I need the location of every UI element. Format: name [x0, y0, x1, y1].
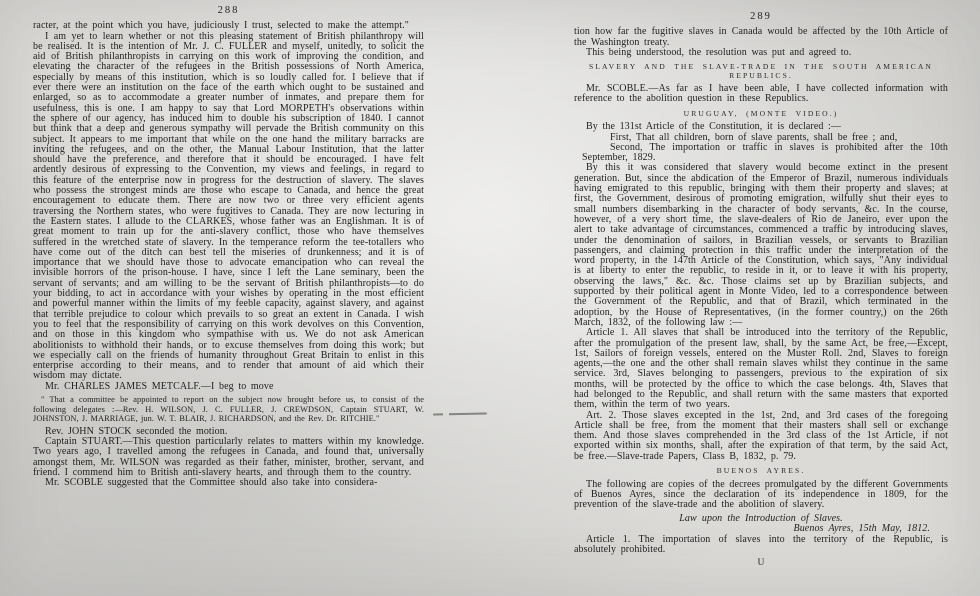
paragraph-scoble-suggestion: Mr. SCOBLE suggested that the Committee …	[33, 478, 424, 488]
ink-smudge-artifact	[433, 412, 487, 415]
paragraph-brazil-history: By this it was considered that slavery w…	[574, 163, 948, 328]
page-left: 288 racter, at the point which you have,…	[33, 6, 424, 489]
paragraph-scoble-information: Mr. SCOBLE.—As far as I have been able, …	[574, 84, 948, 105]
footnote-committee-resolution: " That a committee be appointed to repor…	[33, 395, 424, 423]
page-number-right: 289	[574, 12, 948, 22]
paragraph-law-article-2: Art. 2. Those slaves excepted in the 1st…	[574, 411, 948, 462]
paragraph-resolution-agreed: This being understood, the resolution wa…	[574, 48, 948, 58]
paragraph-metcalf-motion: Mr. CHARLES JAMES METCALF.—I beg to move	[33, 382, 424, 392]
paragraph-stuart-remarks: Captain STUART.—This question particular…	[33, 437, 424, 478]
section-heading-buenos-ayres: BUENOS AYRES.	[574, 467, 948, 476]
page-number-left: 288	[33, 6, 424, 16]
book-scan-spread: 288 racter, at the point which you have,…	[0, 0, 980, 596]
page-right: 289 tion how far the fugitive slaves in …	[574, 12, 948, 568]
printer-signature-mark: U	[574, 558, 948, 568]
paragraph-importation-prohibited: Article 1. The importation of slaves int…	[574, 535, 948, 556]
section-heading-slavery-south-american-republics: SLAVERY AND THE SLAVE-TRADE IN THE SOUTH…	[574, 63, 948, 80]
paragraph-law-article-1: Article 1. All slaves that shall be intr…	[574, 328, 948, 410]
paragraph-continuation-washington-treaty: tion how far the fugitive slaves in Cana…	[574, 27, 948, 48]
paragraph-wilson-speech: I am yet to learn whether or not this pl…	[33, 32, 424, 382]
section-heading-uruguay-monte-video: URUGUAY, (MONTE VIDEO.)	[574, 110, 948, 119]
paragraph-decrees-intro: The following are copies of the decrees …	[574, 480, 948, 511]
clause-second-importation-prohibited: Second, The importation or traffic in sl…	[574, 143, 948, 164]
